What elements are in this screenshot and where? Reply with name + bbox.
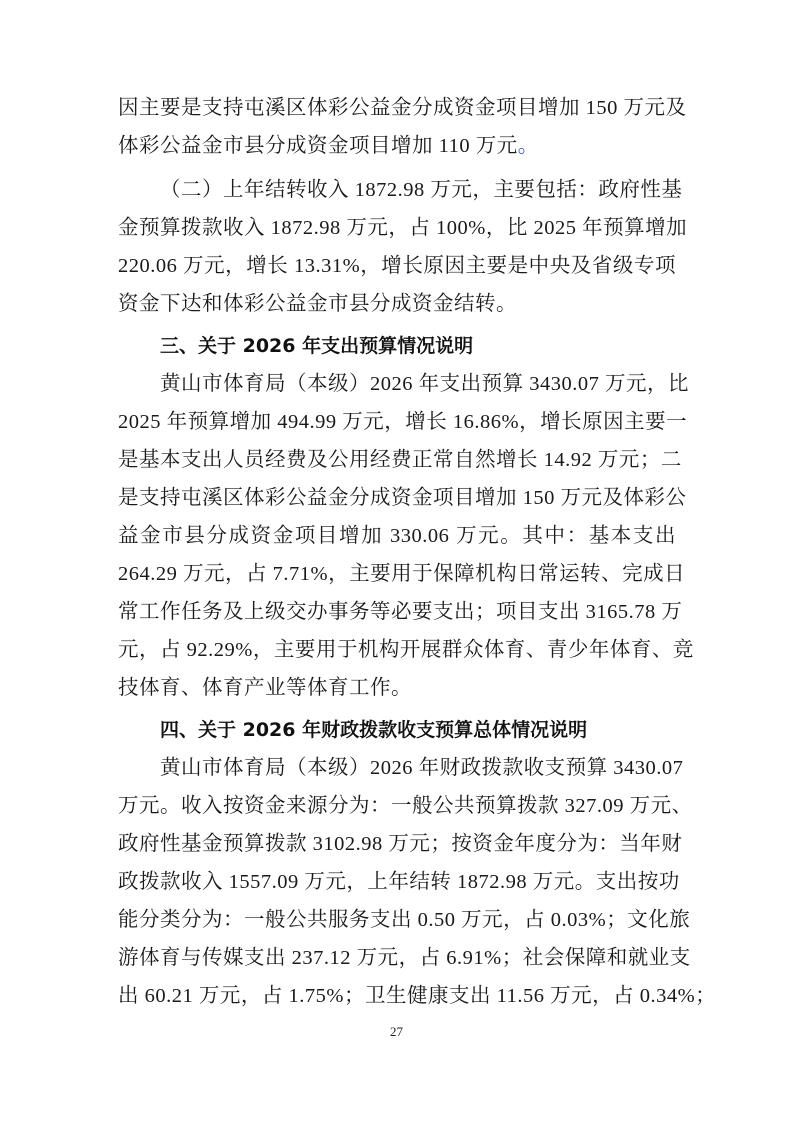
paragraph-line: （二）上年结转收入 1872.98 万元，主要包括：政府性基 <box>160 175 676 205</box>
document-page: 因主要是支持屯溪区体彩公益金分成资金项目增加 150 万元及 体彩公益金市县分成… <box>0 0 793 1122</box>
paragraph-line: 是支持屯溪区体彩公益金分成资金项目增加 150 万元及体彩公 <box>118 483 676 513</box>
paragraph-line: 黄山市体育局（本级）2026 年财政拨款收支预算 3430.07 <box>160 753 676 783</box>
paragraph-line: 常工作任务及上级交办事务等必要支出；项目支出 3165.78 万 <box>118 597 676 627</box>
paragraph-line: 2025 年预算增加 494.99 万元，增长 16.86%，增长原因主要一 <box>118 407 676 437</box>
paragraph-line: 是基本支出人员经费及公用经费正常自然增长 14.92 万元；二 <box>118 445 676 475</box>
paragraph-line: 益金市县分成资金项目增加 330.06 万元。其中：基本支出 <box>118 521 676 551</box>
paragraph-line: 体彩公益金市县分成资金项目增加 110 万元。 <box>118 131 676 161</box>
paragraph-line: 元，占 92.29%，主要用于机构开展群众体育、青少年体育、竞 <box>118 635 676 665</box>
paragraph-line: 金预算拨款收入 1872.98 万元，占 100%，比 2025 年预算增加 <box>118 213 676 243</box>
section-heading: 三、关于 2026 年支出预算情况说明 <box>160 331 473 361</box>
paragraph-line: 因主要是支持屯溪区体彩公益金分成资金项目增加 150 万元及 <box>118 93 676 123</box>
paragraph-line: 游体育与传媒支出 237.12 万元，占 6.91%；社会保障和就业支 <box>118 943 676 973</box>
paragraph-line: 264.29 万元，占 7.71%，主要用于保障机构日常运转、完成日 <box>118 559 676 589</box>
paragraph-line: 黄山市体育局（本级）2026 年支出预算 3430.07 万元，比 <box>160 369 676 399</box>
paragraph-line: 政拨款收入 1557.09 万元，上年结转 1872.98 万元。支出按功 <box>118 867 676 897</box>
paragraph-line: 技体育、体育产业等体育工作。 <box>118 673 676 703</box>
highlighted-period: 。 <box>518 135 539 157</box>
section-heading: 四、关于 2026 年财政拨款收支预算总体情况说明 <box>160 715 587 745</box>
paragraph-line: 出 60.21 万元，占 1.75%；卫生健康支出 11.56 万元，占 0.3… <box>118 981 676 1011</box>
paragraph-line: 资金下达和体彩公益金市县分成资金结转。 <box>118 289 676 319</box>
paragraph-line: 能分类分为：一般公共服务支出 0.50 万元，占 0.03%；文化旅 <box>118 905 676 935</box>
paragraph-line: 政府性基金预算拨款 3102.98 万元；按资金年度分为：当年财 <box>118 829 676 859</box>
paragraph-line: 220.06 万元，增长 13.31%，增长原因主要是中央及省级专项 <box>118 251 676 281</box>
line-text: 体彩公益金市县分成资金项目增加 110 万元 <box>118 135 518 157</box>
paragraph-line: 万元。收入按资金来源分为：一般公共预算拨款 327.09 万元、 <box>118 791 676 821</box>
page-number: 27 <box>0 1024 793 1040</box>
